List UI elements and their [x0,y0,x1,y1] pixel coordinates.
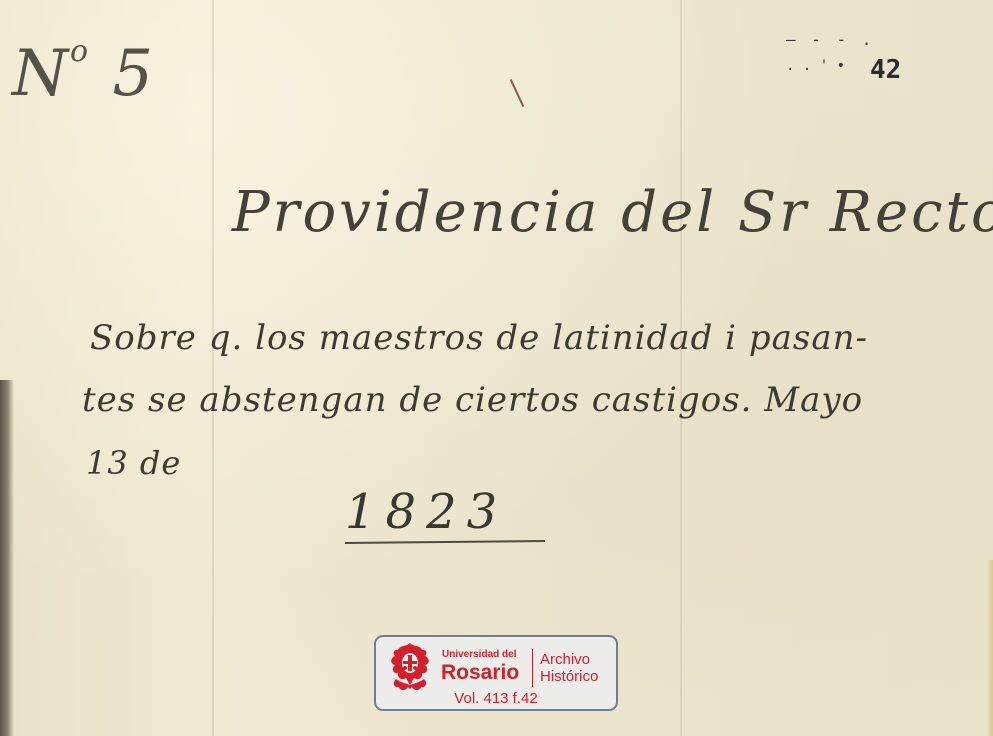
document-title: Providencia del Sr Rector [232,180,993,245]
body-line: Sobre q. los maestros de latinidad i pas… [90,318,868,358]
department-line-1: Archivo [540,651,598,668]
corner-dash-marks: — - - . [786,30,874,49]
page-edge-shadow [0,380,14,736]
archive-stamp: Universidad del Rosario Archivo Históric… [374,635,618,711]
document-year: 1823 [345,484,507,540]
corner-dot-marks: . . ' • [786,58,845,74]
number-superscript: o [70,34,90,69]
university-name-small: Universidad del [442,649,516,660]
year-underline [345,540,545,544]
document-number-mark: No 5 [12,34,155,111]
volume-reference: Vol. 413 f.42 [376,690,616,707]
department-line-2: Histórico [540,668,598,685]
ink-stray-mark [510,79,524,107]
body-line: 13 de [86,444,181,482]
archive-department: Archivo Histórico [540,651,598,685]
paper-fold-line [680,0,682,736]
number-value: 5 [112,37,155,111]
university-name-large: Rosario [441,661,519,685]
number-prefix: N [12,37,70,111]
folio-number: 42 [870,55,901,85]
paper-fold-line [212,0,214,736]
manuscript-page: No 5 — - - . . . ' • 42 Providencia del … [0,0,993,736]
university-crest-icon [386,641,434,693]
page-edge-stain [987,560,993,736]
body-line: tes se abstengan de ciertos castigos. Ma… [82,380,863,420]
stamp-divider [532,649,533,687]
